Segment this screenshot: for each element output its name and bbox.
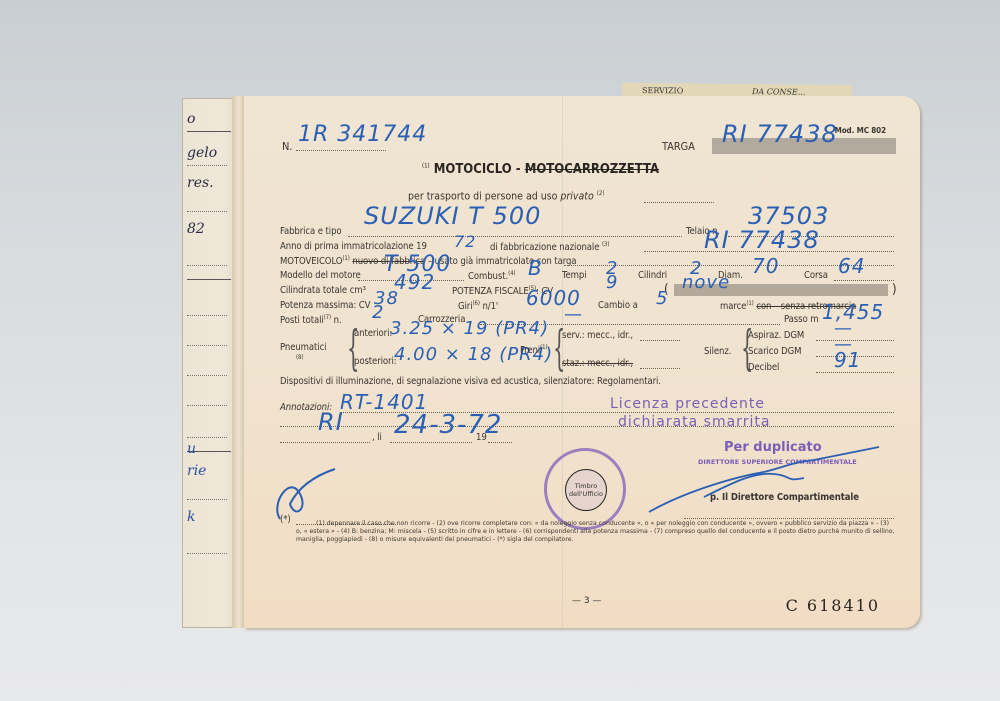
date-li: , li <box>372 432 382 443</box>
fabbrica-label: Fabbrica e tipo <box>280 226 342 237</box>
footnote-ref: (4) <box>508 270 515 277</box>
dotted-line <box>187 211 227 212</box>
paren-close: ) <box>892 282 896 297</box>
footnote-text: (1) depennare il caso che non ricorre - … <box>296 520 896 544</box>
form-subtitle: per trasporto di persone ad uso privato … <box>408 190 604 203</box>
dotted-line <box>187 165 227 166</box>
dotted-line <box>640 368 680 369</box>
fabbricazione-label: di fabbricazione nazionale (3) <box>490 241 609 253</box>
back-page-text: rie <box>187 463 206 479</box>
giri-text: Giri <box>458 301 473 312</box>
back-page-text: 82 <box>187 221 205 237</box>
posti-text: Posti totali <box>280 315 324 326</box>
anteriori-label: anteriori: <box>354 328 392 339</box>
dotted-line <box>644 202 714 203</box>
director-signature-icon <box>644 442 884 522</box>
number-value: 1R 341744 <box>298 122 427 147</box>
dotted-line <box>348 236 682 237</box>
targa-label: TARGA <box>662 140 695 153</box>
posti-label: Posti totali(7) n. <box>280 314 342 326</box>
number-label: N. <box>282 140 292 153</box>
dotted-line <box>187 265 227 266</box>
licenza-stamp-line1: Licenza precedente <box>610 396 765 412</box>
cilindrata-value: 492 <box>394 270 435 294</box>
decibel-value: 91 <box>834 348 861 372</box>
giri-unit: n/1' <box>482 301 498 312</box>
anno-value: 72 <box>454 232 476 251</box>
dotted-line <box>296 150 386 151</box>
date-year-prefix: 19 <box>476 432 487 443</box>
back-page-text: u <box>187 441 196 457</box>
dotted-line <box>488 442 512 443</box>
motoveicolo-label: MOTOVEICOLO <box>280 256 342 267</box>
direttore-label: p. Il Direttore Compartimentale <box>710 492 859 503</box>
footnote-ref: (6) <box>473 300 480 307</box>
dotted-line <box>187 553 227 554</box>
form-title: (1) MOTOCICLO - MOTOCARROZZETTA <box>422 162 659 177</box>
cambio-value: 5 <box>656 288 668 309</box>
potenza-fiscale-words: nove <box>682 272 730 293</box>
vehicle-registration-booklet: o gelo res. 82 u rie k SERVIZIO DA CONSE… <box>182 92 922 632</box>
office-stamp: Timbro dell'Ufficio <box>544 448 626 530</box>
title-motocarrozzetta-struck: MOTOCARROZZETTA <box>525 162 659 177</box>
corsa-label: Corsa <box>804 270 828 281</box>
cambio-label: Cambio a <box>598 300 638 311</box>
footnote-ref: (1) <box>746 300 753 307</box>
dotted-line <box>684 518 894 519</box>
footnote-ref: (1) <box>540 344 547 351</box>
footnote-ref: (7) <box>324 314 331 321</box>
subtitle-text: per trasporto di persone ad uso <box>408 191 557 203</box>
dotted-line <box>187 437 227 438</box>
dotted-line <box>187 499 227 500</box>
combust-text: Combust. <box>468 271 508 282</box>
combust-value: B <box>528 256 543 280</box>
office-stamp-center: Timbro dell'Ufficio <box>565 469 607 511</box>
passo-label: Passo m <box>784 314 818 325</box>
dotted-line <box>834 280 894 281</box>
back-page-text: res. <box>187 175 214 191</box>
serial-number: C 618410 <box>786 596 880 615</box>
targa-value: RI 77438 <box>722 120 838 148</box>
footnote-ref: (1) <box>422 163 430 170</box>
dotted-line <box>187 315 227 316</box>
anteriori-value: 3.25 × 19 (PR4) <box>390 318 549 339</box>
giri-label: Giri(6) n/1' <box>458 300 498 312</box>
divider <box>187 131 231 132</box>
timbro-line1: Timbro <box>575 482 598 490</box>
anno-label: Anno di prima immatricolazione 19 <box>280 241 427 252</box>
corsa-value: 64 <box>838 254 865 278</box>
passo-value: 1,455 <box>822 300 884 324</box>
freni-text: Freni <box>520 345 540 356</box>
decibel-label: Decibel <box>748 362 779 373</box>
footnote-ref: (2) <box>597 190 605 197</box>
timbro-line2: dell'Ufficio <box>569 490 603 498</box>
form-model: Mod. MC 802 <box>835 126 886 135</box>
dotted-line <box>390 442 472 443</box>
potenza-max-label: Potenza massima: CV <box>280 300 370 311</box>
back-page-text: gelo <box>187 145 217 161</box>
cilindri-label: Cilindri <box>638 270 667 281</box>
place-value: RI <box>318 408 344 436</box>
freni-staz-struck: staz.: mecc., idr., <box>562 358 633 369</box>
footnote-ref: (1) <box>342 255 349 262</box>
top-tab-left: SERVIZIO <box>642 86 683 95</box>
subtitle-italic: privato <box>560 191 593 203</box>
scarico-label: Scarico DGM <box>748 346 801 357</box>
form-page: N. 1R 341744 Mod. MC 802 TARGA RI 77438 … <box>244 96 920 628</box>
sigla-label: (*) <box>280 514 291 525</box>
tempi-label: Tempi <box>562 270 587 281</box>
title-motociclo: MOTOCICLO <box>434 162 512 177</box>
dotted-line <box>280 426 894 427</box>
dotted-line <box>816 372 894 373</box>
dispositivi-text: Dispositivi di illuminazione, di segnala… <box>280 376 661 387</box>
footnote-ref: (8) <box>296 354 303 361</box>
licenza-stamp-line2: dichiarata smarrita <box>618 414 770 430</box>
divider <box>187 279 231 280</box>
dotted-line <box>640 340 680 341</box>
potenza-fiscale-value: 9 <box>606 272 618 293</box>
fabbricazione-text: di fabbricazione nazionale <box>490 242 599 253</box>
marce-text: marce <box>720 301 746 312</box>
pneumatici-label: Pneumatici <box>280 342 326 353</box>
posteriori-label: posteriori: <box>354 356 397 367</box>
silenz-label: Silenz. <box>704 346 731 357</box>
freni-label: Freni(1) <box>520 344 547 356</box>
dotted-line <box>280 442 370 443</box>
usato-targa-value: RI 77438 <box>704 226 820 254</box>
title-separator: - <box>516 162 521 177</box>
aspiraz-label: Aspiraz. DGM <box>748 330 804 341</box>
cilindrata-label: Cilindrata totale cm³ <box>280 285 366 296</box>
diam-value: 70 <box>752 254 779 278</box>
dotted-line <box>187 375 227 376</box>
fabbrica-value: SUZUKI T 500 <box>364 202 541 230</box>
carrozzeria-value: — <box>564 304 583 325</box>
modello-label: Modello del motore <box>280 270 361 281</box>
footnote-ref: (3) <box>602 241 609 248</box>
back-page-text: k <box>187 509 195 525</box>
freni-serv: serv.: mecc., idr., <box>562 330 633 341</box>
dotted-line <box>816 340 894 341</box>
potenza-fiscale-text: POTENZA FISCALE <box>452 286 529 297</box>
combust-label: Combust.(4) <box>468 270 515 282</box>
back-page-text: o <box>187 111 195 127</box>
posti-value: 2 <box>372 302 384 323</box>
dotted-line <box>187 405 227 406</box>
posti-n: n. <box>334 315 342 326</box>
footnotes: (1) depennare il caso che non ricorre - … <box>296 520 896 544</box>
dotted-line <box>187 345 227 346</box>
page-number: — 3 — <box>572 596 601 606</box>
